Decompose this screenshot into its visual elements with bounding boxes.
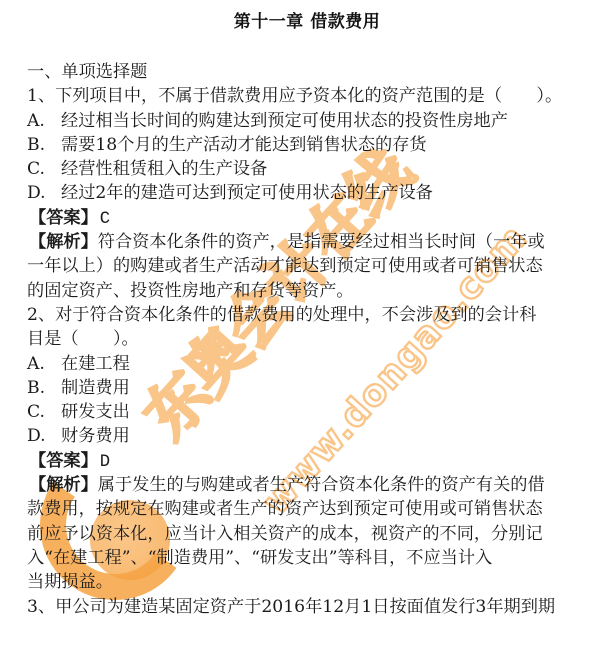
option-letter: A. xyxy=(27,352,61,376)
option-a: A.在建工程 xyxy=(27,352,587,376)
option-letter: D. xyxy=(27,424,61,448)
answer-label: 【答案】 xyxy=(29,208,98,228)
analysis-line: 的固定资产、投资性房地产和存货等资产。 xyxy=(27,279,587,303)
option-letter: C. xyxy=(27,157,61,181)
option-d: D.经过2年的建造可达到预定可使用状态的生产设备 xyxy=(27,181,587,205)
option-letter: A. xyxy=(27,109,61,133)
analysis-line: 一年以上）的购建或者生产活动才能达到预定可使用或者可销售状态 xyxy=(27,254,587,278)
question-stem: 2、对于符合资本化条件的借款费用的处理中，不会涉及到的会计科 xyxy=(27,303,587,327)
analysis-text: 符合资本化条件的资产，是指需要经过相当长时间（一年或 xyxy=(98,232,545,252)
option-b: B.需要18个月的生产活动才能达到销售状态的存货 xyxy=(27,133,587,157)
analysis-text: 属于发生的与购建或者生产符合资本化条件的资产有关的借 xyxy=(98,475,545,495)
option-text: 研发支出 xyxy=(61,402,130,422)
option-text: 经过相当长时间的购建达到预定可使用状态的投资性房地产 xyxy=(61,111,508,131)
answer-line: 【答案】C xyxy=(27,206,587,230)
option-a: A.经过相当长时间的购建达到预定可使用状态的投资性房地产 xyxy=(27,109,587,133)
analysis-line: 当期损益。 xyxy=(27,570,587,594)
analysis-line: 【解析】符合资本化条件的资产，是指需要经过相当长时间（一年或 xyxy=(27,230,587,254)
analysis-line: 前应予以资本化，应当计入相关资产的成本，视资产的不同，分别记 xyxy=(27,522,587,546)
chapter-title: 第十一章 借款费用 xyxy=(0,7,594,32)
option-text: 在建工程 xyxy=(61,354,130,374)
option-letter: D. xyxy=(27,181,61,205)
question-stem: 3、甲公司为建造某固定资产于2016年12月1日按面值发行3年期到期 xyxy=(27,595,587,619)
option-text: 经营性租赁租入的生产设备 xyxy=(61,159,267,179)
analysis-line: 【解析】属于发生的与购建或者生产符合资本化条件的资产有关的借 xyxy=(27,473,587,497)
document-body: 一、单项选择题 1、下列项目中，不属于借款费用应予资本化的资产范围的是（ ）。 … xyxy=(27,60,587,619)
option-text: 需要18个月的生产活动才能达到销售状态的存货 xyxy=(61,135,427,155)
document-page: 第十一章 借款费用 东奥会计在线 www.dongao.com 一、单项选择题 … xyxy=(0,0,594,646)
option-d: D.财务费用 xyxy=(27,424,587,448)
answer-value: D xyxy=(100,453,110,472)
option-text: 制造费用 xyxy=(61,378,130,398)
analysis-label: 【解析】 xyxy=(29,232,98,252)
question-1: 1、下列项目中，不属于借款费用应予资本化的资产范围的是（ ）。 A.经过相当长时… xyxy=(27,84,587,303)
option-c: C.研发支出 xyxy=(27,400,587,424)
analysis-line: 款费用，按规定在购建或者生产的资产达到预定可使用或可销售状态 xyxy=(27,497,587,521)
option-letter: C. xyxy=(27,400,61,424)
question-stem: 1、下列项目中，不属于借款费用应予资本化的资产范围的是（ ）。 xyxy=(27,84,587,108)
analysis-line: 入“在建工程”、“制造费用”、“研发支出”等科目，不应当计入 xyxy=(27,546,587,570)
answer-line: 【答案】D xyxy=(27,449,587,473)
answer-value: C xyxy=(100,210,110,229)
analysis-label: 【解析】 xyxy=(29,475,98,495)
option-c: C.经营性租赁租入的生产设备 xyxy=(27,157,587,181)
option-text: 财务费用 xyxy=(61,426,130,446)
option-letter: B. xyxy=(27,376,61,400)
section-heading: 一、单项选择题 xyxy=(27,60,587,84)
option-text: 经过2年的建造可达到预定可使用状态的生产设备 xyxy=(61,183,433,203)
option-b: B.制造费用 xyxy=(27,376,587,400)
answer-label: 【答案】 xyxy=(29,451,98,471)
question-3: 3、甲公司为建造某固定资产于2016年12月1日按面值发行3年期到期 xyxy=(27,595,587,619)
question-stem: 目是（ ）。 xyxy=(27,327,587,351)
question-2: 2、对于符合资本化条件的借款费用的处理中，不会涉及到的会计科 目是（ ）。 A.… xyxy=(27,303,587,595)
option-letter: B. xyxy=(27,133,61,157)
